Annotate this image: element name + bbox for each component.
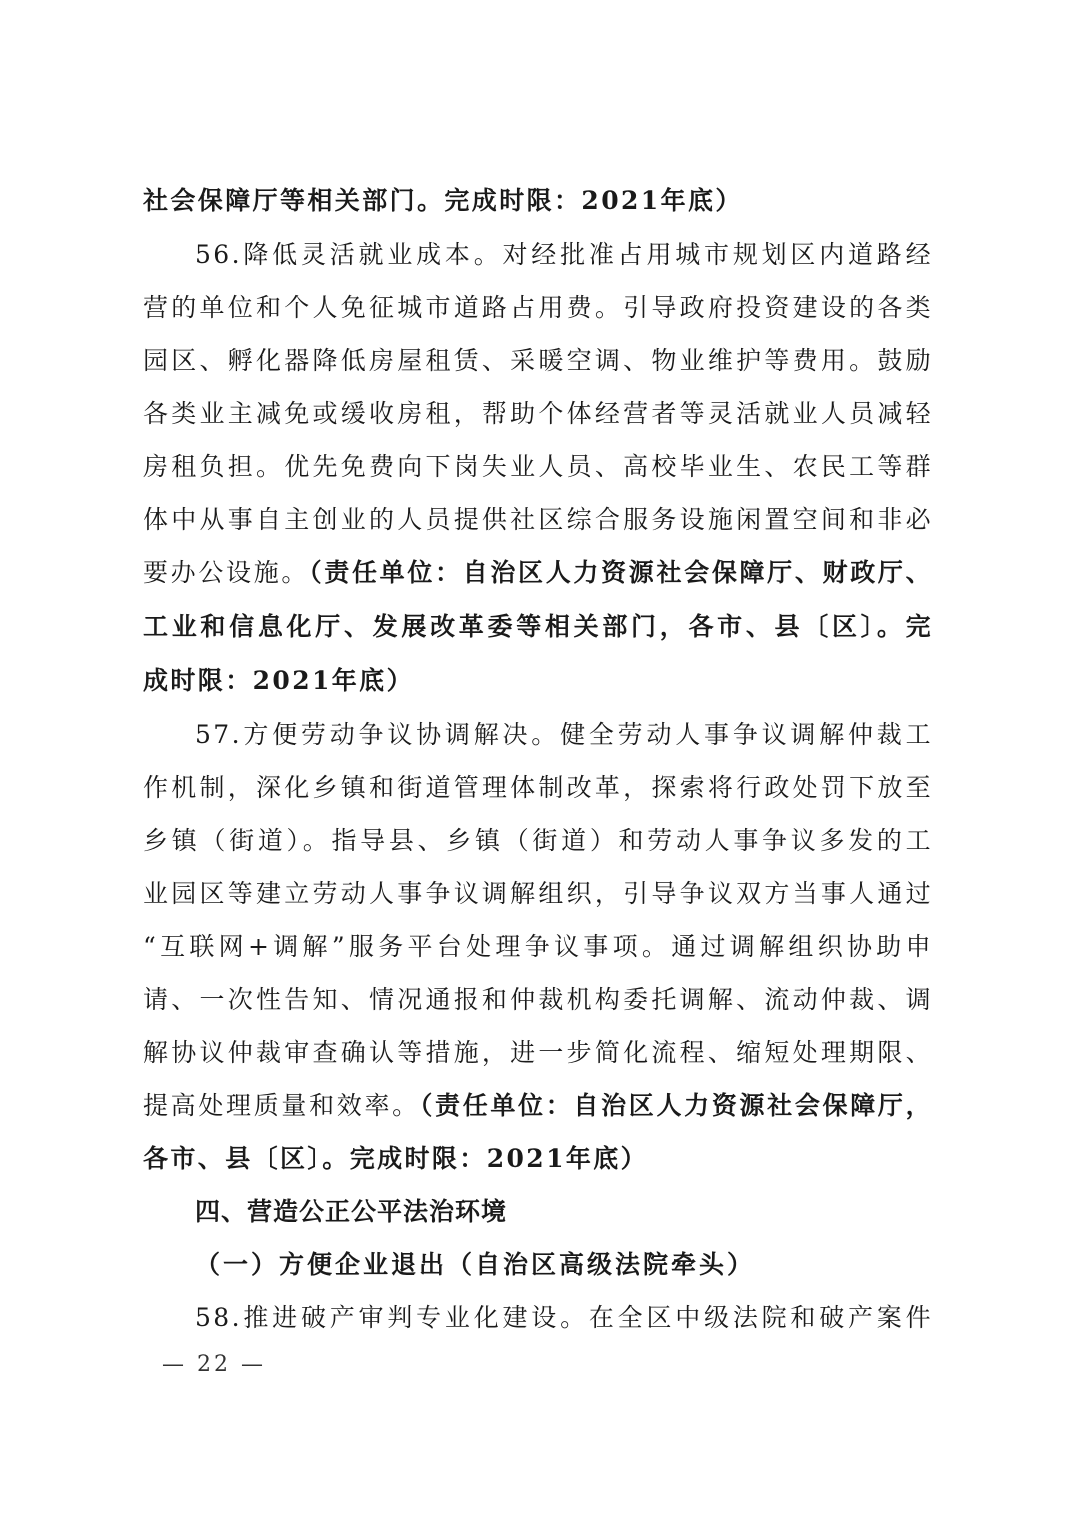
- paragraph-58-first-line: 58.推进破产审判专业化建设。在全区中级法院和破产案件: [195, 1298, 933, 1338]
- text-line: 体中从事自主创业的人员提供社区综合服务设施闲置空间和非必: [143, 500, 933, 540]
- text-line: 57.方便劳动争议协调解决。健全劳动人事争议调解仲裁工: [195, 715, 933, 755]
- text-line: 成时限：2021年底）: [143, 661, 933, 701]
- page-number: — 22 —: [162, 1348, 266, 1382]
- text-line: 园区、孵化器降低房屋租赁、采暖空调、物业维护等费用。鼓励: [143, 341, 933, 381]
- document-page: 社会保障厅等相关部门。完成时限：2021年底）56.降低灵活就业成本。对经批准占…: [0, 0, 1074, 1520]
- subsection-heading: （一）方便企业退出（自治区高级法院牵头）: [195, 1245, 933, 1285]
- text-line: 社会保障厅等相关部门。完成时限：2021年底）: [143, 181, 933, 221]
- text-line: 营的单位和个人免征城市道路占用费。引导政府投资建设的各类: [143, 288, 933, 328]
- text-line: 各市、县〔区〕。完成时限：2021年底）: [143, 1139, 933, 1179]
- text-line: 要办公设施。（责任单位：自治区人力资源社会保障厅、财政厅、: [143, 553, 933, 593]
- text-line: 房租负担。优先免费向下岗失业人员、高校毕业生、农民工等群: [143, 447, 933, 487]
- text-line: “互联网+调解”服务平台处理争议事项。通过调解组织协助申: [143, 927, 933, 967]
- text-line: 作机制，深化乡镇和街道管理体制改革，探索将行政处罚下放至: [143, 768, 933, 808]
- text-line: 请、一次性告知、情况通报和仲裁机构委托调解、流动仲裁、调: [143, 980, 933, 1020]
- text-line: 56.降低灵活就业成本。对经批准占用城市规划区内道路经: [195, 235, 933, 275]
- text-line: 解协议仲裁审查确认等措施，进一步简化流程、缩短处理期限、: [143, 1033, 933, 1073]
- text-line: 提高处理质量和效率。（责任单位：自治区人力资源社会保障厅，: [143, 1086, 933, 1126]
- section-heading: 四、营造公正公平法治环境: [195, 1192, 933, 1232]
- text-line: 各类业主减免或缓收房租，帮助个体经营者等灵活就业人员减轻: [143, 394, 933, 434]
- text-line: 工业和信息化厅、发展改革委等相关部门，各市、县〔区〕。完: [143, 607, 933, 647]
- text-line: 乡镇（街道）。指导县、乡镇（街道）和劳动人事争议多发的工: [143, 821, 933, 861]
- text-line: 业园区等建立劳动人事争议调解组织，引导争议双方当事人通过: [143, 874, 933, 914]
